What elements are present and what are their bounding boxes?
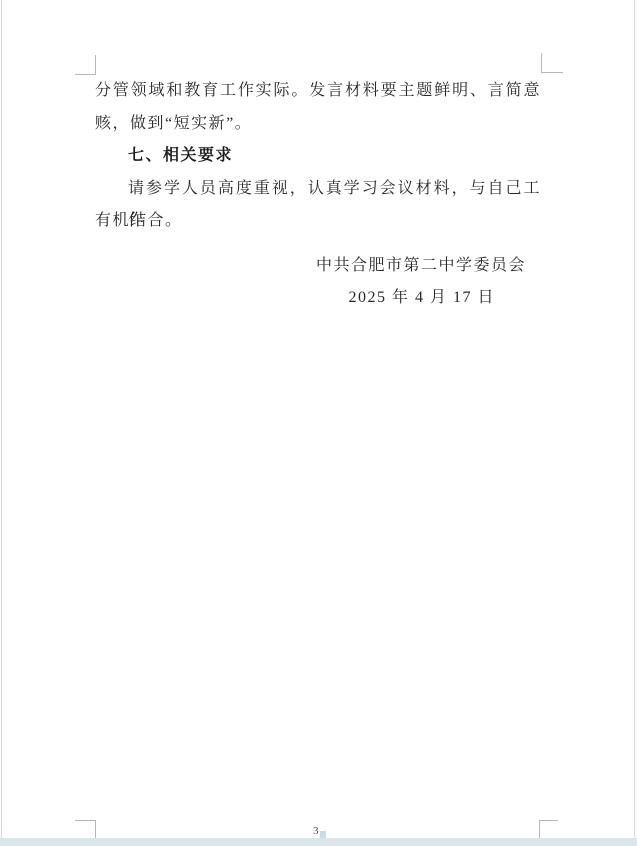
paragraph-requirements-line-1: 请参学人员高度重视，认真学习会议材料，与自己工作 — [95, 173, 541, 206]
page-number-field-shading — [320, 831, 326, 838]
signature-date: 2025 年 4 月 17 日 — [95, 282, 541, 315]
paragraph-continuation-line-2: 赅，做到“短实新”。 — [95, 108, 541, 141]
document-page: 分管领域和教育工作实际。发言材料要主题鲜明、言简意 赅，做到“短实新”。 七、相… — [0, 0, 637, 846]
footer-page-number: 3 — [313, 825, 329, 838]
margin-crop-mark-top-right — [541, 53, 563, 73]
margin-crop-mark-bottom-left — [75, 820, 96, 840]
paragraph-requirements-line-2: 有机结合。 — [95, 205, 541, 238]
section-heading: 七、相关要求 — [95, 140, 541, 173]
signature-committee-name: 中共合肥市第二中学委员会 — [95, 250, 541, 283]
document-text-area[interactable]: 分管领域和教育工作实际。发言材料要主题鲜明、言简意 赅，做到“短实新”。 七、相… — [95, 75, 541, 315]
page-right-edge-line — [634, 0, 635, 838]
page-number-value: 3 — [313, 825, 319, 837]
margin-crop-mark-bottom-right — [539, 820, 558, 838]
page-left-edge-line — [1, 0, 2, 838]
app-background-strip — [0, 838, 637, 846]
margin-crop-mark-top-left — [75, 55, 96, 75]
paragraph-continuation-line-1: 分管领域和教育工作实际。发言材料要主题鲜明、言简意 — [95, 75, 541, 108]
